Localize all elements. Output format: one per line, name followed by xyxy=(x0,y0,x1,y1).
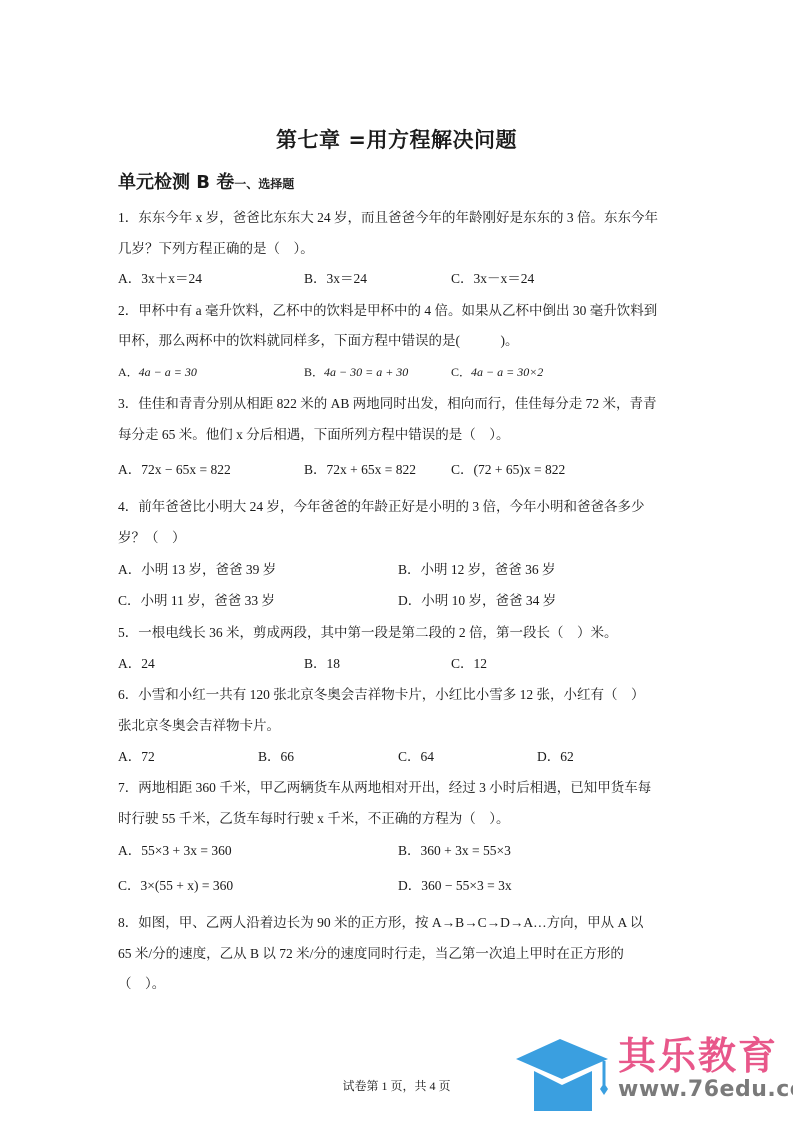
question-3-line-1: 3．佳佳和青青分别从相距 822 米的 AB 两地同时出发，相向而行，佳佳每分走… xyxy=(118,395,657,413)
question-6-line-1: 6．小雪和小红一共有 120 张北京冬奥会吉祥物卡片，小红比小雪多 12 张，小… xyxy=(118,686,645,704)
question-6-line-2: 张北京冬奥会吉祥物卡片。 xyxy=(118,717,280,735)
watermark-url: www.76edu.com xyxy=(618,1077,793,1102)
q2-option-c: C．4a − a = 30×2 xyxy=(451,363,543,381)
q4-option-b: B．小明 12 岁，爸爸 36 岁 xyxy=(398,561,556,579)
question-7-line-1: 7．两地相距 360 千米，甲乙两辆货车从两地相对开出，经过 3 小时后相遇，已… xyxy=(118,779,651,797)
question-4-line-2: 岁？（ ） xyxy=(118,529,186,547)
question-5-line-1: 5．一根电线长 36 米，剪成两段，其中第一段是第二段的 2 倍，第一段长（ ）… xyxy=(118,624,618,642)
q6-option-d: D．62 xyxy=(537,748,574,766)
graduation-cap-icon xyxy=(512,1033,614,1118)
q1-option-b: B．3x＝24 xyxy=(304,270,367,288)
watermark-brand: 其乐教育 xyxy=(618,1025,778,1080)
q1-option-c: C．3x－x＝24 xyxy=(451,270,534,288)
q7-option-b: B．360 + 3x = 55×3 xyxy=(398,842,511,860)
question-7-line-2: 时行驶 55 千米，乙货车每时行驶 x 千米，不正确的方程为（ ）。 xyxy=(118,810,510,828)
q2-option-a: A．4a − a = 30 xyxy=(118,363,197,381)
q7-option-c: C．3×(55 + x) = 360 xyxy=(118,877,233,895)
q5-option-a: A．24 xyxy=(118,655,155,673)
question-3-line-2: 每分走 65 米。他们 x 分后相遇，下面所列方程中错误的是（ ）。 xyxy=(118,426,510,444)
question-8-line-3: （ ）。 xyxy=(118,975,165,993)
q4-option-c: C．小明 11 岁，爸爸 33 岁 xyxy=(118,592,275,610)
q6-option-a: A．72 xyxy=(118,748,155,766)
q5-option-b: B．18 xyxy=(304,655,340,673)
q3-option-b: B．72x + 65x = 822 xyxy=(304,461,416,479)
q7-option-a: A．55×3 + 3x = 360 xyxy=(118,842,232,860)
q6-option-c: C．64 xyxy=(398,748,434,766)
section-heading: 单元检测 B 卷一、选择题 xyxy=(118,168,294,194)
question-1-line-1: 1．东东今年 x 岁，爸爸比东东大 24 岁，而且爸爸今年的年龄刚好是东东的 3… xyxy=(118,209,658,227)
section-label: 一、选择题 xyxy=(234,177,294,191)
watermark-logo: 其乐教育 www.76edu.com xyxy=(510,1025,793,1122)
q5-option-c: C．12 xyxy=(451,655,487,673)
question-4-line-1: 4．前年爸爸比小明大 24 岁，今年爸爸的年龄正好是小明的 3 倍，今年小明和爸… xyxy=(118,498,645,516)
q6-option-b: B．66 xyxy=(258,748,294,766)
question-8-line-2: 65 米/分的速度，乙从 B 以 72 米/分的速度同时行走，当乙第一次追上甲时… xyxy=(118,945,624,963)
question-2-line-2: 甲杯，那么两杯中的饮料就同样多，下面方程中错误的是( )。 xyxy=(118,332,519,350)
unit-test-label: 单元检测 B 卷 xyxy=(118,172,234,193)
question-2-line-1: 2．甲杯中有 a 毫升饮料，乙杯中的饮料是甲杯中的 4 倍。如果从乙杯中倒出 3… xyxy=(118,302,657,320)
exam-page: 第七章 =用方程解决问题 单元检测 B 卷一、选择题 1．东东今年 x 岁，爸爸… xyxy=(0,0,793,1122)
q4-option-a: A．小明 13 岁，爸爸 39 岁 xyxy=(118,561,276,579)
chapter-title: 第七章 =用方程解决问题 xyxy=(0,124,793,154)
q2-option-b: B．4a − 30 = a + 30 xyxy=(304,363,408,381)
q4-option-d: D．小明 10 岁，爸爸 34 岁 xyxy=(398,592,556,610)
q7-option-d: D．360 − 55×3 = 3x xyxy=(398,877,512,895)
q1-option-a: A．3x＋x＝24 xyxy=(118,270,202,288)
q3-option-a: A．72x − 65x = 822 xyxy=(118,461,231,479)
question-1-line-2: 几岁？下列方程正确的是（ ）。 xyxy=(118,240,314,258)
question-8-line-1: 8．如图，甲、乙两人沿着边长为 90 米的正方形，按 A→B→C→D→A…方向，… xyxy=(118,914,643,932)
q3-option-c: C．(72 + 65)x = 822 xyxy=(451,461,565,479)
